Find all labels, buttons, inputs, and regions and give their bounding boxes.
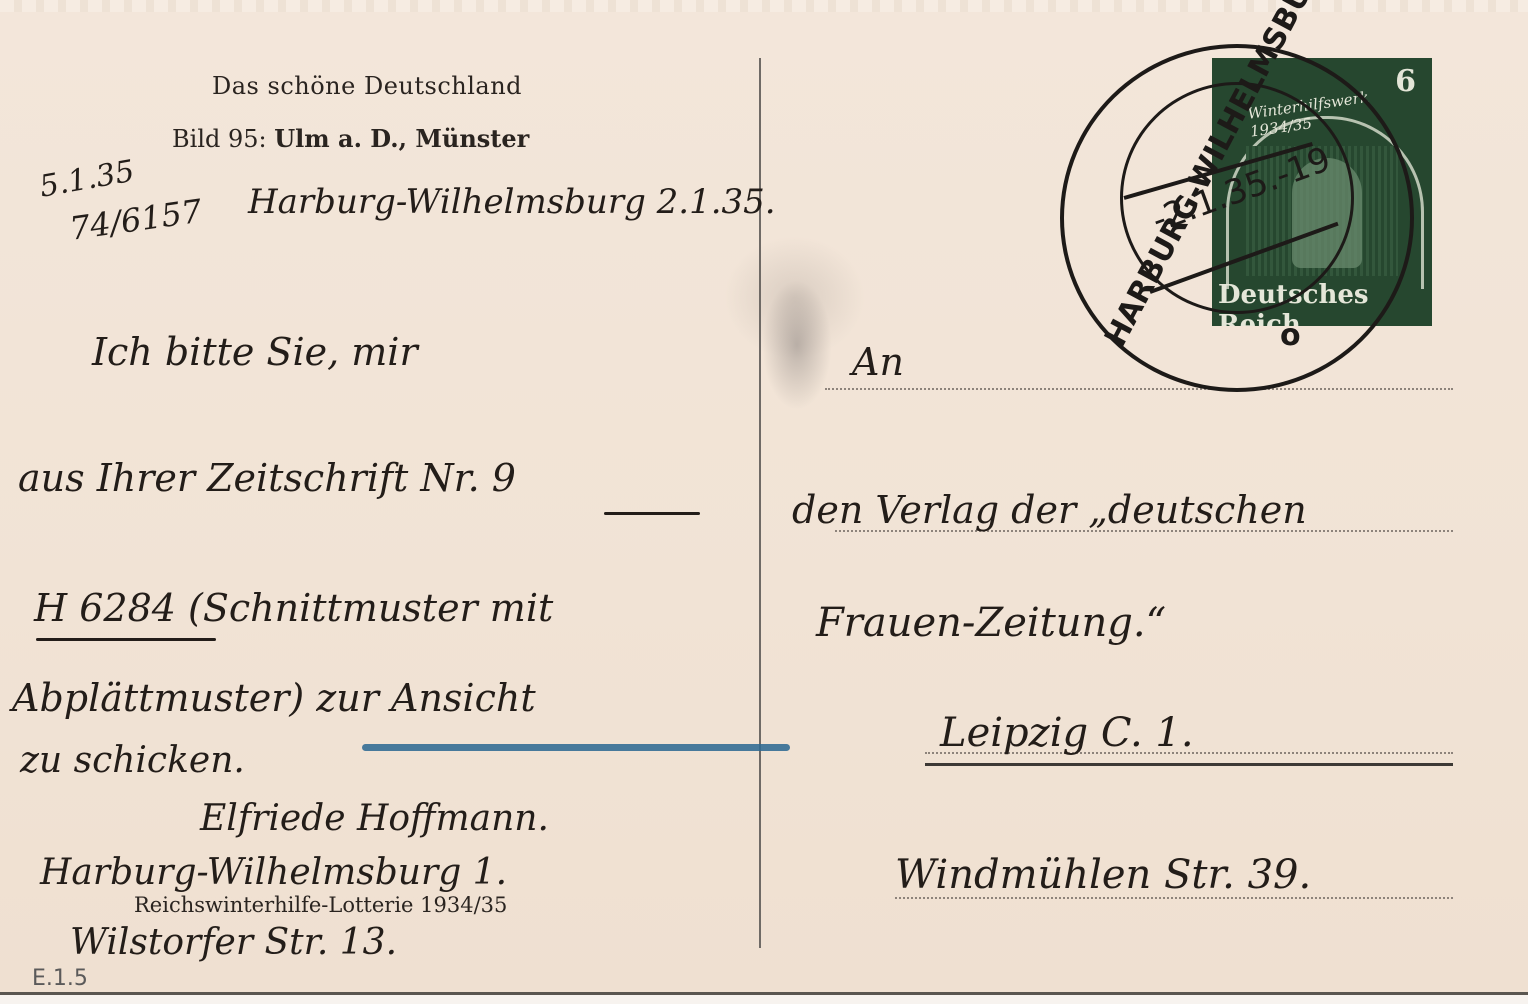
address-city: Leipzig C. 1. (940, 710, 1194, 756)
message-place-date: Harburg-Wilhelmsburg 2.1.35. (248, 182, 776, 222)
lottery-footer: Reichswinterhilfe-Lotterie 1934/35 (134, 893, 507, 917)
message-line-1: Ich bitte Sie, mir (92, 330, 418, 374)
picture-label: Bild 95: (172, 125, 267, 153)
address-salutation: An (852, 340, 904, 384)
blue-pencil-underline (362, 744, 790, 751)
address-dotline-1 (825, 388, 1453, 390)
pattern-number-underline (36, 638, 216, 641)
picture-caption: Bild 95: Ulm a. D., Münster (172, 124, 529, 153)
message-line-4: Abplättmuster) zur Ansicht (12, 676, 536, 720)
sender-street: Wilstorfer Str. 13. (70, 922, 397, 963)
picture-subject: Ulm a. D., Münster (274, 124, 529, 153)
issue-number-underline (604, 512, 700, 515)
archive-bottom-code: E.1.5 (32, 966, 88, 991)
sender-signature: Elfriede Hoffmann. (200, 798, 549, 839)
address-line-1: den Verlag der „deutschen (792, 488, 1307, 532)
smudge (762, 280, 832, 410)
postmark-code: o (1280, 318, 1301, 353)
address-city-underline (925, 763, 1453, 766)
address-street: Windmühlen Str. 39. (895, 852, 1311, 898)
series-title: Das schöne Deutschland (212, 72, 522, 100)
address-line-2: Frauen-Zeitung.“ (816, 600, 1166, 646)
message-line-2: aus Ihrer Zeitschrift Nr. 9 (18, 456, 516, 500)
card-bottom-edge (0, 992, 1528, 1004)
message-line-3: H 6284 (Schnittmuster mit (34, 586, 553, 630)
sender-city: Harburg-Wilhelmsburg 1. (40, 852, 507, 893)
message-line-5: zu schicken. (20, 740, 245, 781)
